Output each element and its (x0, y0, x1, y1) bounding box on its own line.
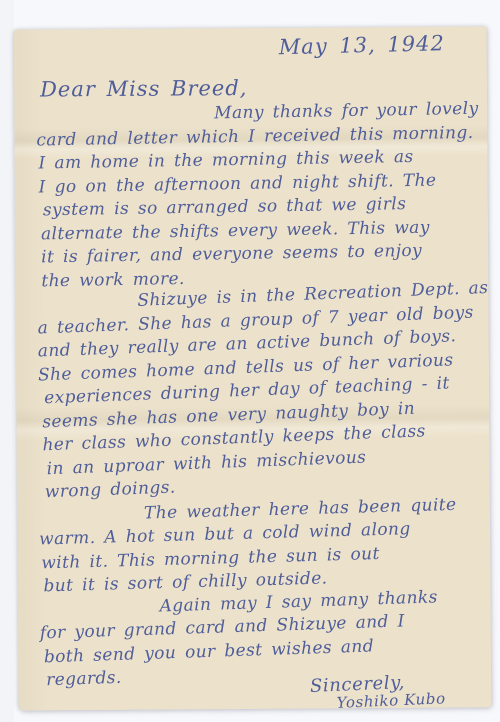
letter-page: May 13, 1942 Dear Miss Breed, Many thank… (14, 26, 492, 710)
letter-salutation: Dear Miss Breed, (40, 76, 248, 101)
letter-signoff: Sincerely, Yoshiko Kubo (310, 670, 446, 710)
letter-signature: Yoshiko Kubo (336, 689, 446, 710)
letter-body: Many thanks for your lovelycard and lett… (36, 102, 483, 693)
letter-date: May 13, 1942 (278, 31, 445, 59)
